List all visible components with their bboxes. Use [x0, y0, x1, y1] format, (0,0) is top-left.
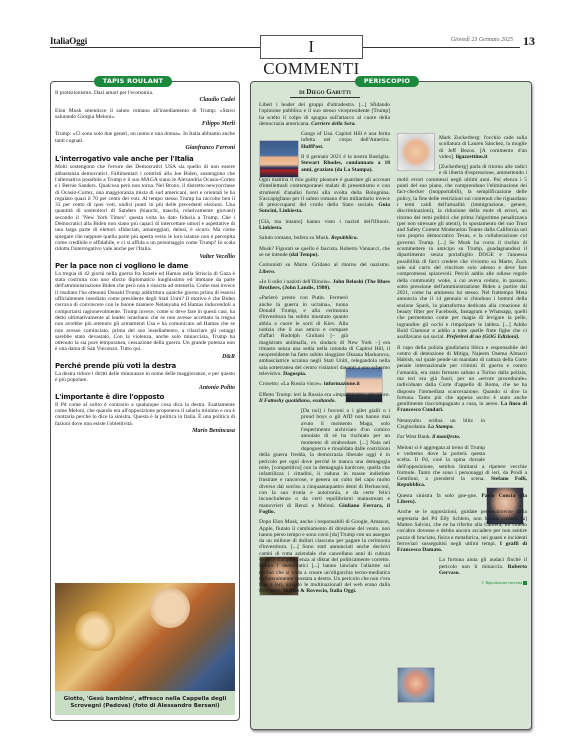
article-title: Per la pace non ci vogliono le dame — [55, 262, 235, 270]
article-author: Mario Benincasa — [55, 428, 235, 434]
quote: «Parlerò presto con Putin. Fermerò anche… — [259, 295, 390, 377]
quote-source: Stewart Rhodes, condannato a 18 anni, gr… — [301, 160, 390, 172]
quote: [Da noi] i forconi o i gilet gialli o i … — [259, 408, 390, 515]
quote: Saluto romano, bufera su Musk. Repubblic… — [259, 235, 390, 241]
byline-prefix: di — [299, 88, 305, 96]
gervaso-headshot — [397, 667, 435, 703]
tapis-roulant-column: Il protezionismo. Dazi amari per l'econo… — [55, 90, 235, 434]
brand-logo: ItaliaOggi — [50, 36, 89, 46]
photo-caption: Giotto, 'Gesù bambino', affresco nella C… — [55, 691, 235, 715]
quote-source: Repubblica. — [331, 235, 358, 241]
quote: Liberi i leader dei gruppi d'ultradestra… — [259, 102, 390, 127]
quote-source: Diritto & Rovescio, Italia Oggi. — [283, 588, 356, 594]
article-author: D&R — [55, 354, 235, 360]
giotto-fresco-photo — [55, 583, 235, 691]
article-title: L'importante è dire l'opposto — [55, 393, 235, 401]
halo-shape — [75, 611, 115, 651]
quote: Questa sinistra fa solo gne-gne. Paolo C… — [397, 493, 527, 506]
article-author: Valter Vecellio — [55, 254, 235, 260]
byline-rule — [290, 97, 360, 98]
quip-author: Gianfranco Ferroni — [55, 145, 235, 151]
quote: Mark Zuckerberg: l'occhio cade sulla sco… — [397, 135, 527, 160]
page-number: 13 — [520, 34, 535, 49]
quote-source: il manifesto. — [432, 434, 460, 440]
periscopio-column-1: Liberi i leader dei gruppi d'ultradestra… — [259, 102, 390, 599]
quote: Ogni mattina il mio guilty pleasure è gu… — [259, 177, 390, 215]
quote: Effetto Trump: ieri la Russia era «impan… — [259, 392, 390, 405]
quip: Elon Musk smentisce il saluto romano all… — [55, 108, 235, 128]
quote: Netanyahu ordina un blitz in Cisgiordani… — [397, 418, 527, 431]
quote: [Già, ma intanto] hanno visto i nazisti … — [259, 219, 390, 232]
quip: Trump: «Ci sono solo due generi, un uomo… — [55, 131, 235, 151]
quote: «Io li odio i nazisti dell'Illinois». Jo… — [259, 279, 390, 292]
article-title: L'interrogativo vale anche per l'Italia — [55, 155, 235, 163]
quote: [Zuckerberg] parla di ritorno alle radic… — [397, 164, 527, 340]
quote: Musk? Figurati se quello è fascista. Rob… — [259, 246, 390, 259]
article-body: Molti sostengono che l'errore dei Democr… — [55, 164, 235, 252]
quote-source: informazione.it — [324, 381, 360, 387]
quote: Dopo Elon Musk, anche i responsabili di … — [259, 519, 390, 595]
quote: Gangs of Usa. Capitol Hill è una ferita … — [259, 131, 390, 150]
quote-source: Preferirei di no (GOG Edizioni). — [446, 334, 520, 340]
quote: Comunisti su Marte. Gridano al ritorno d… — [259, 262, 390, 275]
byline-author: Diego Gabutti — [306, 88, 350, 96]
quote-source: ilgazzettino.it — [456, 154, 488, 160]
periscopio-column-2: Mark Zuckerberg: l'occhio cade sulla sco… — [397, 85, 527, 597]
madonna-face-shape — [150, 588, 190, 628]
section-title: I COMMENTI — [260, 35, 363, 59]
quote-source: HuffPost. — [301, 144, 323, 150]
end-square-icon — [523, 581, 527, 585]
article-author: Antonio Polito — [55, 385, 235, 391]
quip-author: Claudio Cadei — [55, 97, 235, 103]
masthead: ItaliaOggi I COMMENTI Giovedì 23 Gennaio… — [50, 36, 535, 64]
quote: Il capo della polizia giudiziaria libica… — [397, 345, 527, 414]
quote-source: La Stampa. — [428, 424, 454, 430]
quote-source: Dagospia. — [283, 371, 306, 377]
article-body: La destra riduce i diritti delle minoran… — [55, 371, 235, 384]
quip: Il protezionismo. Dazi amari per l'econo… — [55, 90, 235, 104]
quote-source: Corriere della Sera. — [311, 121, 356, 127]
quote: La fortuna aiuta gli audaci finché il pe… — [397, 557, 527, 576]
quote-source: Il Fattoshy quotidiano, esultando. — [259, 398, 336, 404]
article-body: La tregua di 42 giorni nella guerra fra … — [55, 271, 235, 353]
quote-source: (dal Tempo). — [289, 252, 319, 258]
quip-author: Filippo Merli — [55, 121, 235, 127]
issue-date: Giovedì 23 Gennaio 2025 — [449, 37, 513, 43]
quote-source: Linkiesta. — [259, 225, 282, 231]
article-title: Perché prende più voti la destra — [55, 362, 235, 370]
quote: Crosetto: «La Russia vince». informazion… — [259, 381, 390, 387]
quote: Anche se le opposizioni, guidate persona… — [397, 509, 527, 553]
tapis-roulant-label: TAPIS ROULANT — [94, 76, 172, 87]
article-body: Il Pd come al solito è contrario a qualu… — [55, 402, 235, 427]
byline: di Diego Gabutti — [260, 88, 390, 96]
quote-source: Libero. — [259, 269, 275, 275]
